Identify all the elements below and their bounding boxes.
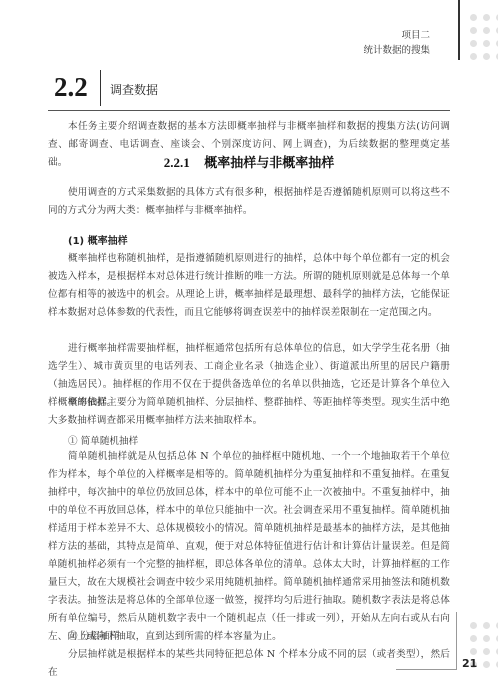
section-number: 2.2 — [54, 72, 88, 103]
footer-rule-vertical — [456, 612, 457, 670]
section-heading: 2.2 调查数据 — [48, 70, 450, 110]
section-rule — [48, 110, 450, 111]
section-title: 调查数据 — [110, 81, 158, 98]
running-header: 项目二 统计数据的搜集 — [363, 28, 430, 58]
paragraph-stratified: 分层抽样就是根据样本的某些共同特征把总体 N 个样本分成不同的层（或者类型），然… — [48, 646, 450, 682]
item-simple-random-sampling: ① 简单随机抽样 — [68, 433, 138, 447]
paragraph-probability-definition: 概率抽样也称随机抽样，是指遵循随机原则进行的抽样，总体中每个单位都有一定的机会被… — [48, 250, 450, 322]
section-divider — [100, 70, 101, 106]
footer-rule-horizontal — [396, 669, 456, 670]
header-divider — [458, 0, 460, 60]
subsection-title: 概率抽样与非概率抽样 — [204, 156, 334, 171]
heading-probability-sampling: (1) 概率抽样 — [68, 232, 128, 247]
running-header-chapter: 统计数据的搜集 — [363, 43, 430, 58]
subsection-number: 2.2.1 — [164, 155, 190, 170]
paragraph-simple-random: 简单随机抽样就是从包括总体 N 个单位的抽样框中随机地、一个一个地抽取若干个单位… — [48, 448, 450, 646]
subsection-heading: 2.2.1 概率抽样与非概率抽样 — [0, 152, 498, 171]
running-header-project: 项目二 — [363, 28, 430, 43]
page-number: 21 — [462, 657, 477, 670]
item-stratified-sampling: ② 分层抽样 — [68, 628, 119, 642]
header-dots — [470, 14, 498, 60]
paragraph-sampling-types: 概率抽样主要分为简单随机抽样、分层抽样、整群抽样、等距抽样等类型。现实生活中绝大… — [48, 394, 450, 430]
paragraph-methods: 使用调查的方式采集数据的具体方式有很多种，根据抽样是否遵循随机原则可以将这些不同… — [48, 184, 450, 220]
